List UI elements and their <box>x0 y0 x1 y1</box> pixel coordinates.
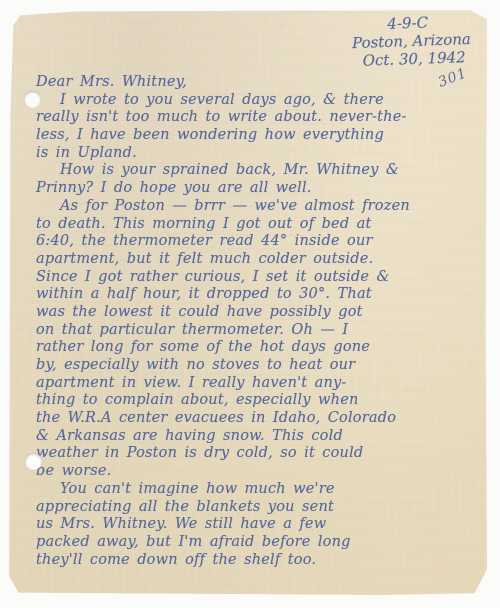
letter-line: by, especially with no stoves to heat ou… <box>36 357 481 375</box>
letter-line: the W.R.A center evacuees in Idaho, Colo… <box>36 410 481 428</box>
punch-hole-bottom <box>25 453 42 470</box>
letter-line: to death. This morning I got out of bed … <box>36 216 481 234</box>
letter-body: I wrote to you several days ago, & there… <box>36 92 481 570</box>
letter-line: weather in Poston is dry cold, so it cou… <box>36 445 481 463</box>
letter-paper: 4-9-C Poston, Arizona Oct. 30, 1942 301 … <box>8 10 487 595</box>
header-date-line: Oct. 30, 1942 <box>362 48 473 70</box>
letter-line: Since I got rather curious, I set it out… <box>36 269 481 287</box>
letter-line: be worse. <box>36 463 481 481</box>
letter-line: was the lowest it could have possibly go… <box>36 304 481 322</box>
letter-line: How is your sprained back, Mr. Whitney & <box>36 162 481 180</box>
letter-line: apartment in view. I really haven't any- <box>36 375 481 393</box>
scan-background: 4-9-C Poston, Arizona Oct. 30, 1942 301 … <box>0 0 500 608</box>
letter-line: 6:40, the thermometer read 44° inside ou… <box>36 233 481 251</box>
letter-line: You can't imagine how much we're <box>36 481 481 499</box>
punch-hole-top <box>24 91 41 108</box>
letter-line: As for Poston — brrr — we've almost froz… <box>36 198 481 216</box>
letter-text: Dear Mrs. Whitney, I wrote to you severa… <box>36 74 481 569</box>
letter-line: on that particular thermometer. Oh — I <box>36 322 481 340</box>
letter-line: rather long for some of the hot days gon… <box>36 339 481 357</box>
letter-line: really isn't too much to write about. ne… <box>36 109 481 127</box>
letter-line: thing to complain about, especially when <box>36 392 481 410</box>
letter-line: Prinny? I do hope you are all well. <box>36 180 481 198</box>
letter-header: 4-9-C Poston, Arizona Oct. 30, 1942 <box>351 12 473 70</box>
salutation: Dear Mrs. Whitney, <box>36 74 481 92</box>
letter-line: apartment, but it felt much colder outsi… <box>36 251 481 269</box>
letter-line: & Arkansas are having snow. This cold <box>36 428 481 446</box>
letter-line: less, I have been wondering how everythi… <box>36 127 481 145</box>
letter-line: within a half hour, it dropped to 30°. T… <box>36 286 481 304</box>
letter-line: appreciating all the blankets you sent <box>36 499 481 517</box>
letter-line: packed away, but I'm afraid before long <box>36 534 481 552</box>
letter-line: us Mrs. Whitney. We still have a few <box>36 516 481 534</box>
letter-line: they'll come down off the shelf too. <box>36 552 481 570</box>
letter-line: is in Upland. <box>36 145 481 163</box>
letter-line: I wrote to you several days ago, & there <box>36 92 481 110</box>
